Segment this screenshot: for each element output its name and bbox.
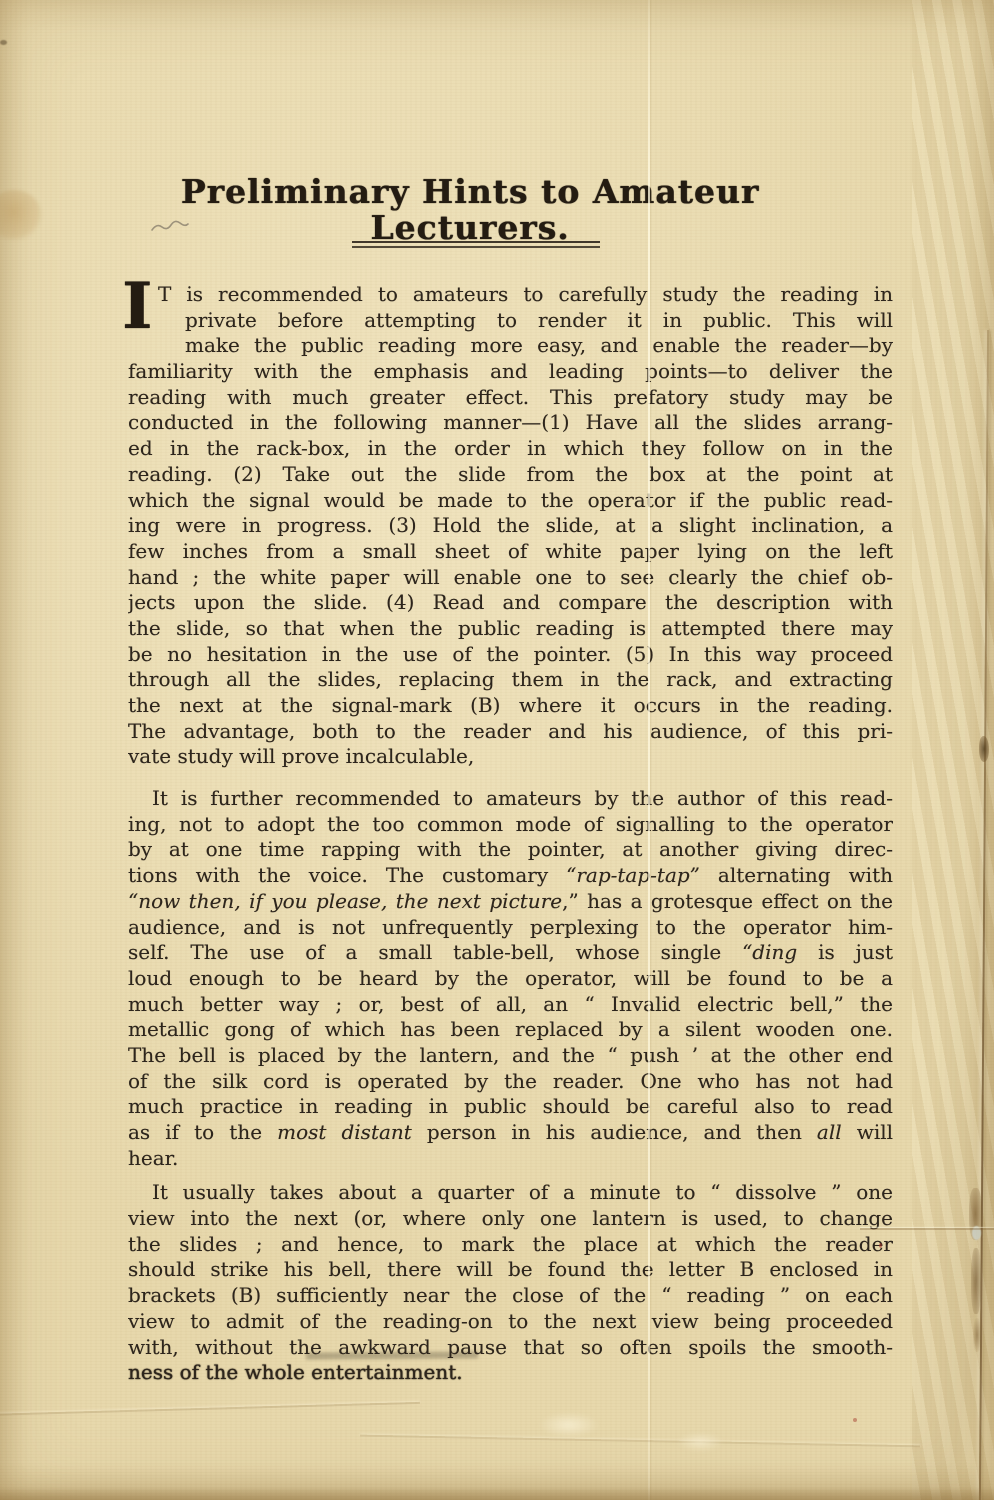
text-line: much better way ; or, best of all, an “ … [128, 992, 893, 1018]
pencil-smudge [150, 220, 190, 236]
paragraph-signalling-advice: It is further recommended to amateurs by… [128, 786, 893, 1171]
text-line: of the silk cord is operated by the read… [128, 1069, 893, 1095]
text-line: which the signal would be made to the op… [128, 488, 893, 514]
text-line: self. The use of a small table-bell, who… [128, 940, 893, 966]
tear-mark [973, 1318, 981, 1352]
text-line: by at one time rapping with the pointer,… [128, 837, 893, 863]
text-line: hear. [128, 1146, 893, 1172]
tear-mark [971, 1248, 981, 1314]
text-line: with, without the awkward pause that so … [128, 1335, 893, 1361]
text-line: private before attempting to render it i… [128, 308, 893, 334]
ink-speck [853, 1418, 857, 1422]
ink-smear [306, 1351, 478, 1359]
text-line: The bell is placed by the lantern, and t… [128, 1043, 893, 1069]
title-double-rule [352, 241, 600, 248]
text-line: ing were in progress. (3) Hold the slide… [128, 513, 893, 539]
text-line: vate study will prove incalculable, [128, 744, 893, 770]
document-body: I T is recommended to amateurs to carefu… [128, 282, 893, 1386]
paper-speck [0, 40, 7, 45]
paragraph-private-study: T is recommended to amateurs to carefull… [128, 282, 893, 770]
page-title: Preliminary Hints to Amateur Lecturers. [90, 174, 850, 246]
text-line: few inches from a small sheet of white p… [128, 539, 893, 565]
text-line: It usually takes about a quarter of a mi… [128, 1180, 893, 1206]
text-line: T is recommended to amateurs to carefull… [128, 282, 893, 308]
scanned-document-page: Preliminary Hints to Amateur Lecturers. … [0, 0, 994, 1500]
paragraph-dissolve-timing: It usually takes about a quarter of a mi… [128, 1180, 893, 1386]
text-line: familiarity with the emphasis and leadin… [128, 359, 893, 385]
text-line: “now then, if you please, the next pictu… [128, 889, 893, 915]
text-line: view into the next (or, where only one l… [128, 1206, 893, 1232]
paper-bump-highlight [538, 1412, 600, 1438]
ink-speck [879, 1243, 882, 1248]
center-fold-crease [648, 0, 650, 1500]
text-line: The advantage, both to the reader and hi… [128, 719, 893, 745]
text-line: the slides ; and hence, to mark the plac… [128, 1232, 893, 1258]
text-line: ing, not to adopt the too common mode of… [128, 812, 893, 838]
bottom-edge-shadow [0, 1487, 994, 1500]
text-line: brackets (B) sufficiently near the close… [128, 1283, 893, 1309]
text-line: view to admit of the reading-on to the n… [128, 1309, 893, 1335]
text-line: tions with the voice. The customary “rap… [128, 863, 893, 889]
bottom-left-crease [0, 1402, 420, 1416]
text-line: metallic gong of which has been replaced… [128, 1017, 893, 1043]
paper-stain [0, 190, 42, 240]
paper-bump-highlight [676, 1432, 724, 1452]
text-line: through all the slides, replacing them i… [128, 667, 893, 693]
text-line: make the public reading more easy, and e… [128, 333, 893, 359]
text-line: audience, and is not unfrequently perple… [128, 915, 893, 941]
text-line: conducted in the following manner—(1) Ha… [128, 410, 893, 436]
text-line: jects upon the slide. (4) Read and compa… [128, 590, 893, 616]
text-line: reading with much greater effect. This p… [128, 385, 893, 411]
text-line: loud enough to be heard by the operator,… [128, 966, 893, 992]
text-line: reading. (2) Take out the slide from the… [128, 462, 893, 488]
tear-mark [979, 736, 989, 762]
text-line: ed in the rack-box, in the order in whic… [128, 436, 893, 462]
text-line: be no hesitation in the use of the point… [128, 642, 893, 668]
text-line: It is further recommended to amateurs by… [128, 786, 893, 812]
text-line: the slide, so that when the public readi… [128, 616, 893, 642]
horizontal-crease [860, 1228, 994, 1230]
text-line: ness of the whole entertainment. [128, 1360, 893, 1386]
text-line: the next at the signal-mark (B) where it… [128, 693, 893, 719]
text-line: as if to the most distant person in his … [128, 1120, 893, 1146]
text-line: hand ; the white paper will enable one t… [128, 565, 893, 591]
bottom-center-crease [360, 1435, 920, 1448]
text-line: should strike his bell, there will be fo… [128, 1257, 893, 1283]
text-line: much practice in reading in public shoul… [128, 1094, 893, 1120]
